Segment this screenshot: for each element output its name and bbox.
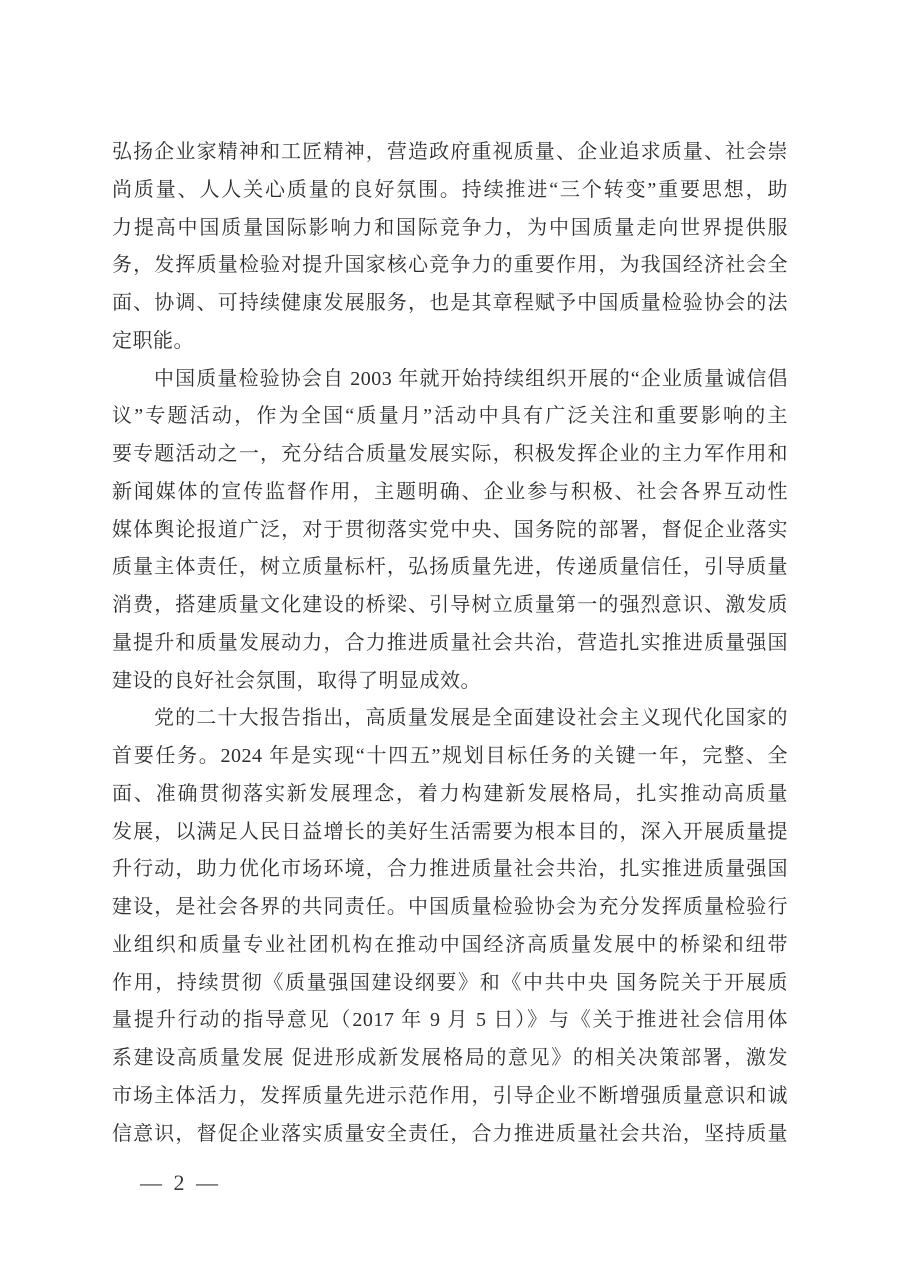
document-page: 弘扬企业家精神和工匠精神，营造政府重视质量、企业追求质量、社会崇 尚质量、人人关…: [0, 0, 900, 1273]
text-line: 新闻媒体的宣传监督作用，主题明确、企业参与积极、社会各界互动性强、: [112, 474, 788, 512]
text-line: 消费，搭建质量文化建设的桥梁、引导树立质量第一的强烈意识、激发质: [112, 587, 788, 625]
text-line: 系建设高质量发展 促进形成新发展格局的意见》的相关决策部署，激发: [112, 1040, 788, 1078]
text-line: 作用，持续贯彻《质量强国建设纲要》和《中共中央 国务院关于开展质: [112, 965, 788, 1003]
text-line: 党的二十大报告指出，高质量发展是全面建设社会主义现代化国家的: [112, 700, 788, 738]
text-line: 议”专题活动，作为全国“质量月”活动中具有广泛关注和重要影响的主: [112, 398, 788, 436]
text-line: 定职能。: [112, 323, 788, 361]
text-line: 务，发挥质量检验对提升国家核心竞争力的重要作用，为我国经济社会全: [112, 247, 788, 285]
text-line: 面、准确贯彻落实新发展理念，着力构建新发展格局，扎实推动高质量: [112, 776, 788, 814]
text-line: 要专题活动之一，充分结合质量发展实际，积极发挥企业的主力军作用和: [112, 436, 788, 474]
paragraph: 党的二十大报告指出，高质量发展是全面建设社会主义现代化国家的 首要任务。2024…: [112, 700, 788, 1153]
text-line: 弘扬企业家精神和工匠精神，营造政府重视质量、企业追求质量、社会崇: [112, 134, 788, 172]
text-line: 首要任务。2024 年是实现“十四五”规划目标任务的关键一年，完整、全: [112, 738, 788, 776]
text-line: 量提升行动的指导意见（2017 年 9 月 5 日）》与《关于推进社会信用体: [112, 1002, 788, 1040]
text-line: 市场主体活力，发挥质量先进示范作用，引导企业不断增强质量意识和诚: [112, 1078, 788, 1116]
text-line: 建设的良好社会氛围，取得了明显成效。: [112, 663, 788, 701]
paragraph: 弘扬企业家精神和工匠精神，营造政府重视质量、企业追求质量、社会崇 尚质量、人人关…: [112, 134, 788, 361]
page-number: — 2 —: [140, 1168, 221, 1198]
text-line: 面、协调、可持续健康发展服务，也是其章程赋予中国质量检验协会的法: [112, 285, 788, 323]
text-line: 尚质量、人人关心质量的良好氛围。持续推进“三个转变”重要思想，助: [112, 172, 788, 210]
text-line: 建设，是社会各界的共同责任。中国质量检验协会为充分发挥质量检验行: [112, 889, 788, 927]
text-line: 业组织和质量专业社团机构在推动中国经济高质量发展中的桥梁和纽带: [112, 927, 788, 965]
text-line: 媒体舆论报道广泛，对于贯彻落实党中央、国务院的部署，督促企业落实: [112, 512, 788, 550]
text-line: 发展，以满足人民日益增长的美好生活需要为根本目的，深入开展质量提: [112, 814, 788, 852]
text-line: 信意识，督促企业落实质量安全责任，合力推进质量社会共治，坚持质量: [112, 1116, 788, 1154]
document-body: 弘扬企业家精神和工匠精神，营造政府重视质量、企业追求质量、社会崇 尚质量、人人关…: [112, 134, 788, 1153]
text-line: 质量主体责任，树立质量标杆，弘扬质量先进，传递质量信任，引导质量: [112, 549, 788, 587]
text-line: 中国质量检验协会自 2003 年就开始持续组织开展的“企业质量诚信倡: [112, 361, 788, 399]
paragraph: 中国质量检验协会自 2003 年就开始持续组织开展的“企业质量诚信倡 议”专题活…: [112, 361, 788, 701]
text-line: 量提升和质量发展动力，合力推进质量社会共治，营造扎实推进质量强国: [112, 625, 788, 663]
text-line: 力提高中国质量国际影响力和国际竞争力，为中国质量走向世界提供服: [112, 210, 788, 248]
text-line: 升行动，助力优化市场环境，合力推进质量社会共治，扎实推进质量强国: [112, 851, 788, 889]
